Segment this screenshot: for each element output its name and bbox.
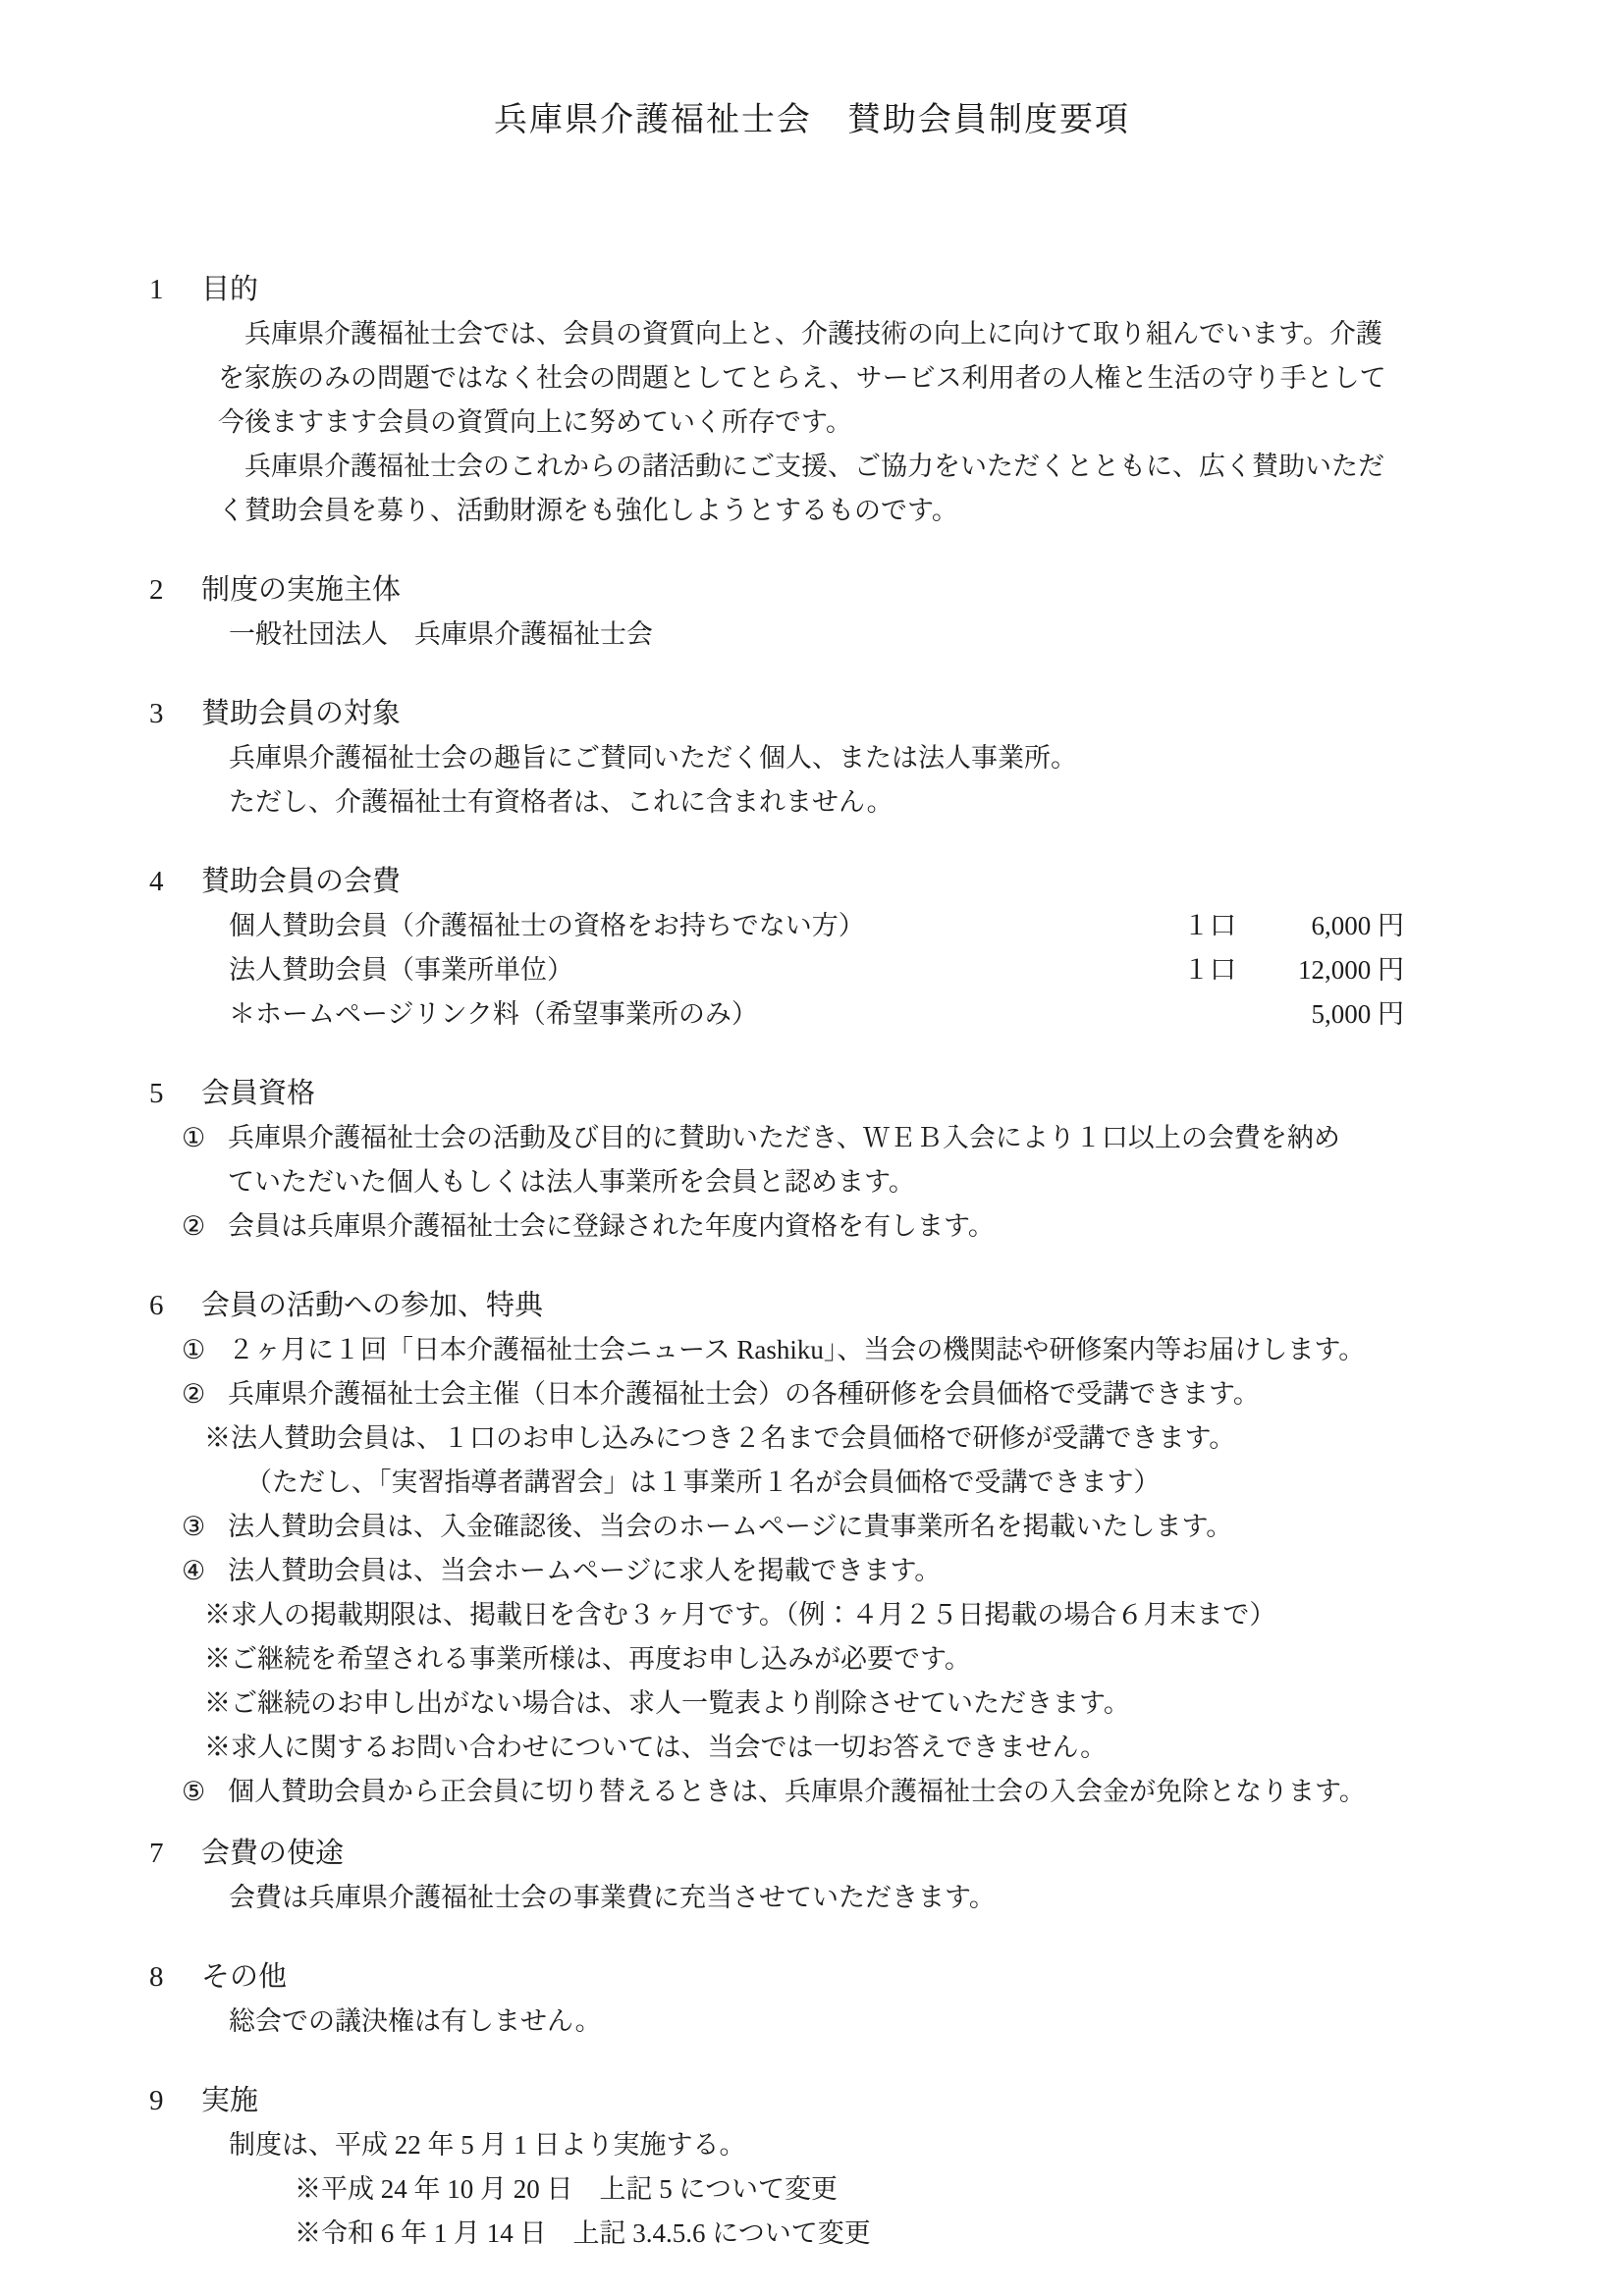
section-enforcement: 9実施 制度は、平成 22 年 5 月 1 日より実施する。 ※平成 24 年 … bbox=[0, 2079, 1624, 2256]
section-heading-text: その他 bbox=[201, 1961, 287, 1993]
item-line: 兵庫県介護福祉士会主催（日本介護福祉士会）の各種研修を会員価格で受講できます。 bbox=[0, 1372, 1624, 1416]
section-heading-text: 目的 bbox=[201, 274, 258, 305]
list-item: ② 会員は兵庫県介護福祉士会に登録された年度内資格を有します。 bbox=[0, 1204, 1624, 1249]
section-number: 5 bbox=[149, 1072, 201, 1116]
note-line: ※法人賛助会員は、１口のお申し込みにつき２名まで会員価格で研修が受講できます。 bbox=[0, 1416, 1624, 1461]
item-marker: ③ bbox=[182, 1505, 205, 1549]
section-heading: 1目的 bbox=[0, 268, 1624, 312]
section-other: 8その他 総会での議決権は有しません。 bbox=[0, 1955, 1624, 2044]
item-line: 個人賛助会員から正会員に切り替えるときは、兵庫県介護福祉士会の入会金が免除となり… bbox=[0, 1770, 1624, 1814]
section-number: 3 bbox=[149, 692, 201, 736]
section-number: 2 bbox=[149, 568, 201, 613]
section-operating-body: 2制度の実施主体 一般社団法人 兵庫県介護福祉士会 bbox=[0, 568, 1624, 657]
item-line: 兵庫県介護福祉士会の活動及び目的に賛助いただき、ＷＥＢ入会により１口以上の会費を… bbox=[0, 1116, 1624, 1160]
fee-unit: １口 bbox=[1183, 904, 1236, 948]
section-purpose: 1目的 兵庫県介護福祉士会では、会員の資質向上と、介護技術の向上に向けて取り組ん… bbox=[0, 268, 1624, 533]
item-marker: ① bbox=[182, 1116, 205, 1160]
section-heading-text: 制度の実施主体 bbox=[201, 574, 401, 606]
document-page: 兵庫県介護福祉士会 賛助会員制度要項 1目的 兵庫県介護福祉士会では、会員の資質… bbox=[0, 0, 1624, 2296]
body-line: 一般社団法人 兵庫県介護福祉士会 bbox=[0, 613, 1624, 657]
item-marker: ② bbox=[182, 1204, 205, 1249]
section-heading-text: 賛助会員の対象 bbox=[201, 698, 401, 729]
list-item: ① 兵庫県介護福祉士会の活動及び目的に賛助いただき、ＷＥＢ入会により１口以上の会… bbox=[0, 1116, 1624, 1204]
fee-unit: １口 bbox=[1183, 948, 1236, 992]
body-line: 兵庫県介護福祉士会の趣旨にご賛同いただく個人、または法人事業所。 bbox=[0, 736, 1624, 780]
section-membership-qualification: 5会員資格 ① 兵庫県介護福祉士会の活動及び目的に賛助いただき、ＷＥＢ入会により… bbox=[0, 1072, 1624, 1249]
section-heading-text: 賛助会員の会費 bbox=[201, 866, 401, 897]
section-eligibility: 3賛助会員の対象 兵庫県介護福祉士会の趣旨にご賛同いただく個人、または法人事業所… bbox=[0, 692, 1624, 825]
section-number: 4 bbox=[149, 860, 201, 904]
body-line: 兵庫県介護福祉士会では、会員の資質向上と、介護技術の向上に向けて取り組んでいます… bbox=[0, 312, 1624, 356]
item-marker: ⑤ bbox=[182, 1770, 205, 1814]
note-line: （ただし、「実習指導者講習会」は１事業所１名が会員価格で受講できます） bbox=[0, 1461, 1624, 1505]
fee-row: ＊ホームページリンク料（希望事業所のみ） 5,000 円 bbox=[0, 992, 1624, 1037]
section-fee-usage: 7会費の使途 会費は兵庫県介護福祉士会の事業費に充当させていただきます。 bbox=[0, 1832, 1624, 1920]
item-line: ２ヶ月に１回「日本介護福祉士会ニュース Rashiku」、当会の機関誌や研修案内… bbox=[0, 1328, 1624, 1372]
list-item: ① ２ヶ月に１回「日本介護福祉士会ニュース Rashiku」、当会の機関誌や研修… bbox=[0, 1328, 1624, 1372]
list-item: ⑤ 個人賛助会員から正会員に切り替えるときは、兵庫県介護福祉士会の入会金が免除と… bbox=[0, 1770, 1624, 1814]
item-line: 会員は兵庫県介護福祉士会に登録された年度内資格を有します。 bbox=[0, 1204, 1624, 1249]
revision-note: ※平成 24 年 10 月 20 日 上記 5 について変更 bbox=[0, 2167, 1624, 2212]
item-line: 法人賛助会員は、入金確認後、当会のホームページに貴事業所名を掲載いたします。 bbox=[0, 1505, 1624, 1549]
revision-note: ※令和 6 年 1 月 14 日 上記 3.4.5.6 について変更 bbox=[0, 2212, 1624, 2256]
body-line: 兵庫県介護福祉士会のこれからの諸活動にご支援、ご協力をいただくとともに、広く賛助… bbox=[0, 445, 1624, 489]
section-number: 1 bbox=[149, 268, 201, 312]
list-item: ④ 法人賛助会員は、当会ホームページに求人を掲載できます。 bbox=[0, 1549, 1624, 1593]
section-heading: 7会費の使途 bbox=[0, 1832, 1624, 1876]
section-heading: 6会員の活動への参加、特典 bbox=[0, 1284, 1624, 1328]
fee-label: ＊ホームページリンク料（希望事業所のみ） bbox=[229, 999, 758, 1029]
document-title: 兵庫県介護福祉士会 賛助会員制度要項 bbox=[0, 0, 1624, 142]
note-line: ※ご継続のお申し出がない場合は、求人一覧表より削除させていただきます。 bbox=[0, 1682, 1624, 1726]
note-line: ※求人の掲載期限は、掲載日を含む３ヶ月です。（例：４月２５日掲載の場合６月末まで… bbox=[0, 1593, 1624, 1637]
section-heading: 2制度の実施主体 bbox=[0, 568, 1624, 613]
item-line: ていただいた個人もしくは法人事業所を会員と認めます。 bbox=[0, 1160, 1624, 1204]
section-heading-text: 実施 bbox=[201, 2085, 258, 2116]
body-line: 今後ますます会員の資質向上に努めていく所存です。 bbox=[0, 400, 1624, 445]
section-number: 8 bbox=[149, 1955, 201, 2000]
section-heading-text: 会費の使途 bbox=[201, 1838, 344, 1869]
item-marker: ④ bbox=[182, 1549, 205, 1593]
section-heading-text: 会員の活動への参加、特典 bbox=[201, 1290, 543, 1321]
item-line: 法人賛助会員は、当会ホームページに求人を掲載できます。 bbox=[0, 1549, 1624, 1593]
body-line: を家族のみの問題ではなく社会の問題としてとらえ、サービス利用者の人権と生活の守り… bbox=[0, 356, 1624, 400]
fee-label: 個人賛助会員（介護福祉士の資格をお持ちでない方） bbox=[229, 911, 865, 940]
note-line: ※ご継続を希望される事業所様は、再度お申し込みが必要です。 bbox=[0, 1637, 1624, 1682]
body-line: 会費は兵庫県介護福祉士会の事業費に充当させていただきます。 bbox=[0, 1876, 1624, 1920]
section-heading: 3賛助会員の対象 bbox=[0, 692, 1624, 736]
section-heading: 5会員資格 bbox=[0, 1072, 1624, 1116]
fee-row: 個人賛助会員（介護福祉士の資格をお持ちでない方） １口 6,000 円 bbox=[0, 904, 1624, 948]
section-number: 9 bbox=[149, 2079, 201, 2123]
body-line: ただし、介護福祉士有資格者は、これに含まれません。 bbox=[0, 780, 1624, 825]
body-line: く賛助会員を募り、活動財源をも強化しようとするものです。 bbox=[0, 489, 1624, 533]
body-line: 総会での議決権は有しません。 bbox=[0, 2000, 1624, 2044]
section-heading-text: 会員資格 bbox=[201, 1078, 315, 1109]
fee-label: 法人賛助会員（事業所単位） bbox=[229, 955, 573, 985]
section-heading: 8その他 bbox=[0, 1955, 1624, 2000]
item-marker: ① bbox=[182, 1328, 205, 1372]
note-line: ※求人に関するお問い合わせについては、当会では一切お答えできません。 bbox=[0, 1726, 1624, 1770]
list-item: ② 兵庫県介護福祉士会主催（日本介護福祉士会）の各種研修を会員価格で受講できます… bbox=[0, 1372, 1624, 1416]
item-marker: ② bbox=[182, 1372, 205, 1416]
fee-row: 法人賛助会員（事業所単位） １口 12,000 円 bbox=[0, 948, 1624, 992]
section-heading: 9実施 bbox=[0, 2079, 1624, 2123]
fee-amount: 6,000 円 bbox=[1259, 904, 1404, 948]
section-benefits: 6会員の活動への参加、特典 ① ２ヶ月に１回「日本介護福祉士会ニュース Rash… bbox=[0, 1284, 1624, 1814]
fee-amount: 12,000 円 bbox=[1259, 948, 1404, 992]
section-number: 7 bbox=[149, 1832, 201, 1876]
fee-amount: 5,000 円 bbox=[1259, 992, 1404, 1037]
section-number: 6 bbox=[149, 1284, 201, 1328]
list-item: ③ 法人賛助会員は、入金確認後、当会のホームページに貴事業所名を掲載いたします。 bbox=[0, 1505, 1624, 1549]
section-fees: 4賛助会員の会費 個人賛助会員（介護福祉士の資格をお持ちでない方） １口 6,0… bbox=[0, 860, 1624, 1037]
section-heading: 4賛助会員の会費 bbox=[0, 860, 1624, 904]
body-line: 制度は、平成 22 年 5 月 1 日より実施する。 bbox=[0, 2123, 1624, 2167]
